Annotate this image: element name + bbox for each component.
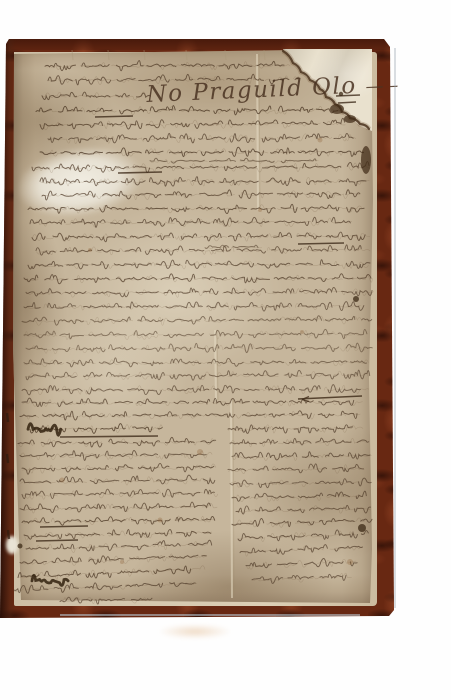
handwriting-line — [48, 133, 353, 143]
underline-stroke — [338, 102, 356, 103]
foxing-spot — [347, 559, 353, 565]
ink-blot — [358, 524, 366, 532]
foxing-spot — [120, 560, 124, 564]
ink-scribble — [28, 424, 61, 436]
underline-stroke — [40, 526, 88, 527]
handwriting-texture — [247, 559, 356, 569]
handwriting-line — [252, 574, 346, 583]
handwriting-line — [18, 566, 191, 578]
paper-crease-tick — [144, 50, 145, 60]
stitch-mark — [8, 530, 9, 539]
handwriting-texture — [27, 289, 374, 298]
paper-crease-tick — [186, 50, 187, 60]
paper-crease-tick — [264, 50, 265, 60]
handwriting-texture — [27, 371, 369, 380]
handwriting-texture — [239, 530, 367, 542]
handwriting-texture — [21, 503, 218, 513]
tear-stain-blob — [330, 104, 344, 114]
foxing-spot — [197, 449, 203, 455]
handwriting-texture — [231, 438, 368, 446]
tear-stain-blob — [361, 146, 371, 174]
handwriting-line — [20, 411, 357, 420]
handwriting-line — [14, 583, 195, 594]
handwriting-line — [230, 478, 371, 488]
stitch-mark — [7, 454, 8, 463]
handwriting-line — [30, 217, 350, 227]
handwriting-line — [36, 245, 361, 255]
underline-stroke — [60, 436, 158, 437]
handwriting-texture — [15, 583, 197, 592]
handwriting-line — [24, 302, 364, 311]
foxing-spot — [158, 518, 163, 523]
handwriting-line — [24, 358, 367, 367]
background-stain — [158, 624, 232, 639]
handwriting-layer — [0, 0, 451, 700]
underline-stroke — [95, 116, 133, 117]
foxing-spot — [60, 478, 65, 483]
handwriting-texture — [27, 542, 208, 553]
underline-stroke — [36, 540, 78, 541]
paper-crease-tick — [72, 50, 73, 60]
handwriting-texture — [23, 399, 363, 407]
cover-outer-edge — [394, 48, 396, 608]
foxing-spot — [318, 138, 323, 143]
ink-blot — [18, 544, 23, 549]
handwriting-texture — [49, 134, 356, 144]
stitch-mark — [7, 413, 8, 422]
handwriting-line — [20, 450, 206, 460]
underline-stroke — [118, 172, 162, 173]
photo-background: No Praguild Olo — – — [0, 0, 451, 700]
handwriting-texture — [25, 275, 373, 283]
handwriting-texture — [43, 191, 361, 200]
tear-stain-blob — [344, 115, 356, 123]
handwriting-line — [20, 502, 210, 512]
handwriting-texture — [41, 120, 346, 130]
paper-crease-tick — [225, 50, 226, 60]
fore-edge-highlight — [60, 614, 360, 616]
foxing-spot — [88, 248, 92, 252]
handwriting-line — [32, 232, 365, 242]
handwriting-texture — [25, 330, 359, 339]
foxing-spot — [300, 330, 304, 334]
paper-crease-tick — [108, 50, 109, 60]
handwriting-texture — [25, 531, 212, 540]
handwriting-line — [150, 158, 316, 163]
handwriting-line — [240, 545, 363, 555]
foxing-spot — [258, 208, 262, 212]
underline-stroke — [298, 243, 344, 244]
handwriting-texture — [23, 385, 369, 394]
handwriting-texture — [151, 159, 319, 164]
ink-blot — [353, 296, 359, 302]
handwriting-line — [24, 329, 367, 338]
handwriting-texture — [29, 205, 362, 213]
handwriting-texture — [27, 344, 370, 353]
handwriting-texture — [21, 477, 212, 485]
handwriting-line — [232, 491, 366, 501]
ink-scribble — [32, 575, 68, 585]
handwriting-line — [22, 316, 372, 325]
handwriting-texture — [233, 454, 372, 460]
handwriting-texture — [19, 566, 205, 580]
